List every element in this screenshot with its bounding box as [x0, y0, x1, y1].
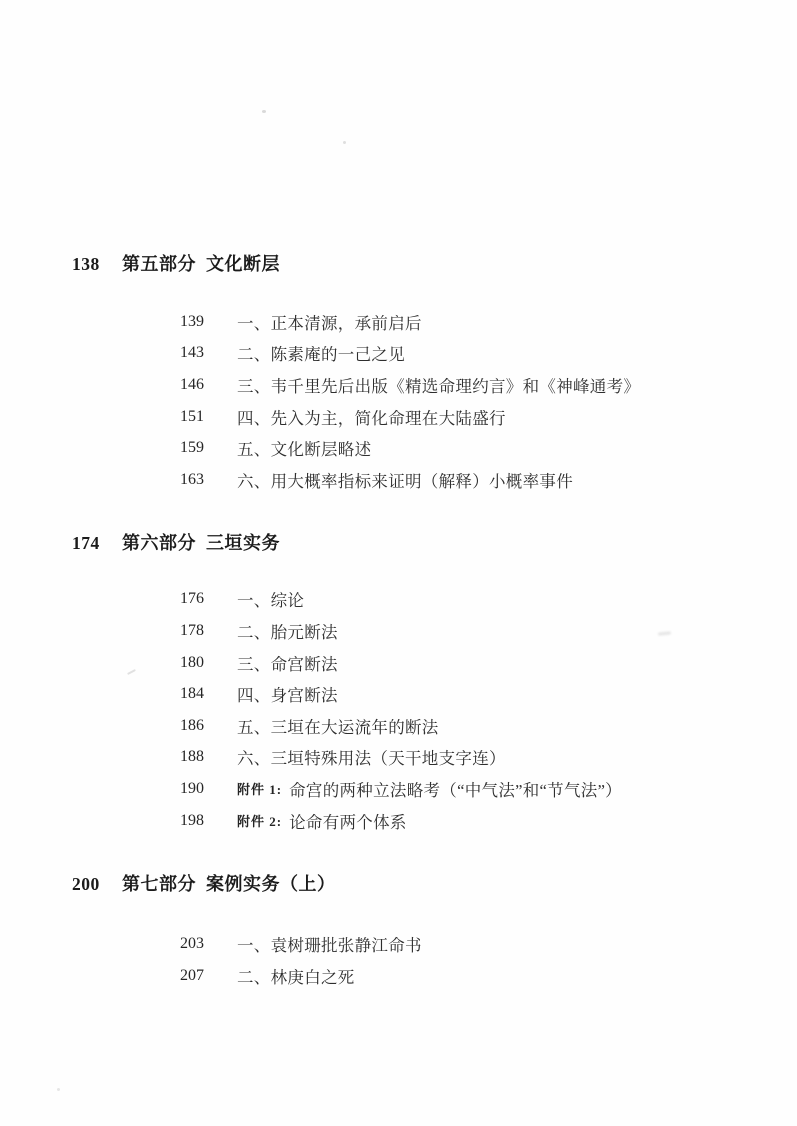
entry-title: 二、林庚白之死 [237, 964, 355, 988]
toc-entry: 163 六、用大概率指标来证明（解释）小概率事件 [180, 464, 732, 496]
entry-page-number: 186 [180, 717, 237, 735]
section-part-label: 第六部分 [122, 529, 196, 555]
entry-page-number: 151 [180, 408, 237, 426]
scan-speck [343, 141, 346, 144]
entry-page-number: 180 [180, 654, 237, 672]
entry-title: 三、命宫断法 [237, 651, 338, 675]
entry-title: 一、正本清源，承前启后 [237, 310, 422, 334]
entry-page-number: 203 [180, 935, 237, 953]
entry-title: 六、三垣特殊用法（天干地支字连） [237, 745, 506, 769]
entry-title: 六、用大概率指标来证明（解释）小概率事件 [237, 468, 573, 492]
toc-entry: 143 二、陈素庵的一己之见 [180, 338, 732, 370]
scan-speck [57, 1088, 60, 1091]
section-title: 三垣实务 [206, 529, 280, 555]
entry-title: 五、三垣在大运流年的断法 [237, 714, 439, 738]
section-heading-part7: 200 第七部分 案例实务（上） [72, 870, 732, 892]
toc-entry: 180 三、命宫断法 [180, 647, 732, 679]
entry-title: 二、胎元断法 [237, 619, 338, 643]
entry-title: 五、文化断层略述 [237, 436, 371, 460]
section-part-label: 第七部分 [122, 870, 196, 896]
entry-page-number: 146 [180, 376, 237, 394]
entry-page-number: 176 [180, 590, 237, 608]
entry-title: 四、身宫断法 [237, 682, 338, 706]
table-of-contents: 138 第五部分 文化断层 139 一、正本清源，承前启后 143 二、陈素庵的… [72, 250, 732, 992]
section-title: 案例实务（上） [206, 870, 336, 896]
toc-entry: 159 五、文化断层略述 [180, 432, 732, 464]
section-heading-part5: 138 第五部分 文化断层 [72, 250, 732, 272]
entry-title: 一、综论 [237, 587, 304, 611]
section-page-number: 200 [72, 874, 122, 895]
entry-title: 论命有两个体系 [289, 809, 407, 833]
entry-page-number: 184 [180, 685, 237, 703]
entry-page-number: 163 [180, 471, 237, 489]
entry-page-number: 159 [180, 439, 237, 457]
entry-title: 二、陈素庵的一己之见 [237, 341, 405, 365]
toc-entry: 176 一、综论 [180, 584, 732, 616]
scan-speck [262, 110, 266, 113]
toc-entry: 203 一、袁树珊批张静江命书 [180, 928, 732, 960]
section-heading-part6: 174 第六部分 三垣实务 [72, 529, 732, 551]
entry-page-number: 198 [180, 812, 237, 830]
toc-entry: 186 五、三垣在大运流年的断法 [180, 710, 732, 742]
entry-title: 命宫的两种立法略考（“中气法”和“节气法”） [289, 777, 622, 801]
entry-title: 四、先入为主，简化命理在大陆盛行 [237, 405, 506, 429]
entry-title: 三、韦千里先后出版《精选命理约言》和《神峰通考》 [237, 373, 640, 397]
toc-entry-appendix: 198 附件 2: 论命有两个体系 [180, 805, 732, 837]
entry-page-number: 207 [180, 967, 237, 985]
section-page-number: 174 [72, 533, 122, 554]
entry-page-number: 188 [180, 748, 237, 766]
appendix-label: 附件 1: [237, 779, 282, 798]
section-entries: 139 一、正本清源，承前启后 143 二、陈素庵的一己之见 146 三、韦千里… [180, 306, 732, 496]
toc-entry: 178 二、胎元断法 [180, 615, 732, 647]
scanned-page: 138 第五部分 文化断层 139 一、正本清源，承前启后 143 二、陈素庵的… [0, 0, 797, 1126]
section-entries: 176 一、综论 178 二、胎元断法 180 三、命宫断法 184 四、身宫断… [180, 584, 732, 837]
toc-entry: 139 一、正本清源，承前启后 [180, 306, 732, 338]
section-page-number: 138 [72, 254, 122, 275]
toc-entry: 146 三、韦千里先后出版《精选命理约言》和《神峰通考》 [180, 369, 732, 401]
toc-entry: 184 四、身宫断法 [180, 678, 732, 710]
toc-entry-appendix: 190 附件 1: 命宫的两种立法略考（“中气法”和“节气法”） [180, 773, 732, 805]
entry-title: 一、袁树珊批张静江命书 [237, 932, 422, 956]
entry-page-number: 143 [180, 344, 237, 362]
section-title: 文化断层 [206, 250, 280, 276]
entry-page-number: 139 [180, 313, 237, 331]
toc-entry: 207 二、林庚白之死 [180, 960, 732, 992]
toc-entry: 151 四、先入为主，简化命理在大陆盛行 [180, 401, 732, 433]
entry-page-number: 178 [180, 622, 237, 640]
appendix-label: 附件 2: [237, 811, 282, 830]
section-entries: 203 一、袁树珊批张静江命书 207 二、林庚白之死 [180, 928, 732, 991]
toc-entry: 188 六、三垣特殊用法（天干地支字连） [180, 742, 732, 774]
entry-page-number: 190 [180, 780, 237, 798]
section-part-label: 第五部分 [122, 250, 196, 276]
